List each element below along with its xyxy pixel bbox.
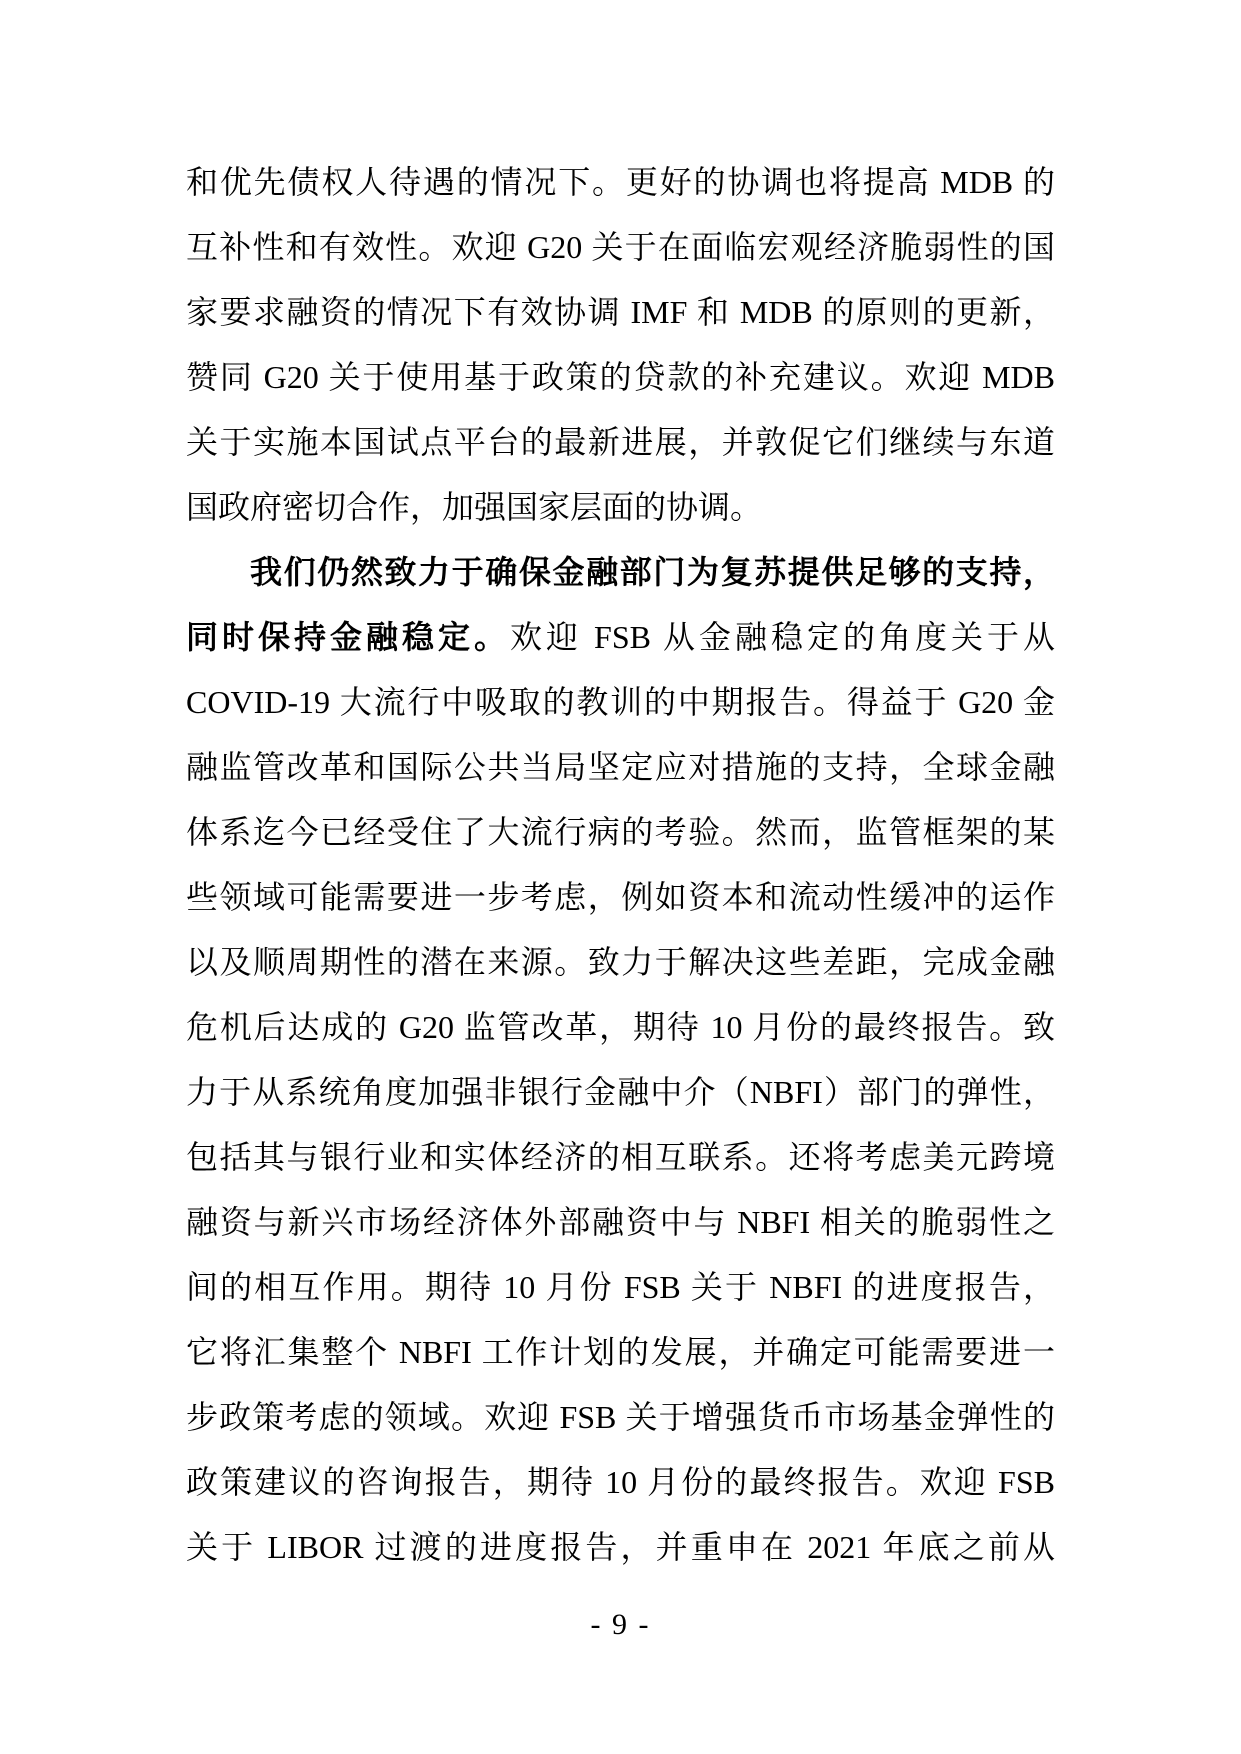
text-line: 以及顺周期性的潜在来源。致力于解决这些差距，完成金融 (186, 930, 1055, 995)
text-segment: 关于 LIBOR 过渡的进度报告，并重申在 2021 年底之前从 (186, 1529, 1055, 1565)
document-page: 和优先债权人待遇的情况下。更好的协调也将提高 MDB 的互补性和有效性。欢迎 G… (0, 0, 1241, 1754)
text-line: 互补性和有效性。欢迎 G20 关于在面临宏观经济脆弱性的国 (186, 215, 1055, 280)
text-segment: 间的相互作用。期待 10 月份 FSB 关于 NBFI 的进度报告， (186, 1269, 1055, 1305)
text-line: 些领域可能需要进一步考虑，例如资本和流动性缓冲的运作 (186, 865, 1055, 930)
text-segment: 关于实施本国试点平台的最新进展，并敦促它们继续与东道 (186, 424, 1055, 460)
paragraph: 和优先债权人待遇的情况下。更好的协调也将提高 MDB 的互补性和有效性。欢迎 G… (186, 150, 1055, 540)
text-line: 关于 LIBOR 过渡的进度报告，并重申在 2021 年底之前从 (186, 1515, 1055, 1580)
text-segment: COVID-19 大流行中吸取的教训的中期报告。得益于 G20 金 (186, 684, 1055, 720)
text-segment: 危机后达成的 G20 监管改革，期待 10 月份的最终报告。致 (186, 1009, 1055, 1045)
text-line: 它将汇集整个 NBFI 工作计划的发展，并确定可能需要进一 (186, 1320, 1055, 1385)
text-line: COVID-19 大流行中吸取的教训的中期报告。得益于 G20 金 (186, 670, 1055, 735)
text-segment: 融监管改革和国际公共当局坚定应对措施的支持，全球金融 (186, 749, 1055, 785)
text-line: 危机后达成的 G20 监管改革，期待 10 月份的最终报告。致 (186, 995, 1055, 1060)
text-line: 体系迄今已经受住了大流行病的考验。然而，监管框架的某 (186, 800, 1055, 865)
text-line: 关于实施本国试点平台的最新进展，并敦促它们继续与东道 (186, 410, 1055, 475)
text-line: 我们仍然致力于确保金融部门为复苏提供足够的支持， (186, 540, 1055, 605)
text-line: 包括其与银行业和实体经济的相互联系。还将考虑美元跨境 (186, 1125, 1055, 1190)
text-segment: 国政府密切合作，加强国家层面的协调。 (186, 489, 762, 525)
text-line: 同时保持金融稳定。欢迎 FSB 从金融稳定的角度关于从 (186, 605, 1055, 670)
text-segment: 互补性和有效性。欢迎 G20 关于在面临宏观经济脆弱性的国 (186, 229, 1055, 265)
bold-text-segment: 我们仍然致力于确保金融部门为复苏提供足够的支持， (250, 554, 1055, 590)
bold-text-segment: 同时保持金融稳定。 (186, 619, 510, 655)
text-line: 家要求融资的情况下有效协调 IMF 和 MDB 的原则的更新， (186, 280, 1055, 345)
text-line: 国政府密切合作，加强国家层面的协调。 (186, 475, 1055, 540)
paragraph: 我们仍然致力于确保金融部门为复苏提供足够的支持，同时保持金融稳定。欢迎 FSB … (186, 540, 1055, 1580)
text-segment: 包括其与银行业和实体经济的相互联系。还将考虑美元跨境 (186, 1139, 1055, 1175)
text-segment: 它将汇集整个 NBFI 工作计划的发展，并确定可能需要进一 (186, 1334, 1055, 1370)
text-line: 融资与新兴市场经济体外部融资中与 NBFI 相关的脆弱性之 (186, 1190, 1055, 1255)
text-line: 融监管改革和国际公共当局坚定应对措施的支持，全球金融 (186, 735, 1055, 800)
text-segment: 融资与新兴市场经济体外部融资中与 NBFI 相关的脆弱性之 (186, 1204, 1055, 1240)
text-segment: 力于从系统角度加强非银行金融中介（NBFI）部门的弹性， (186, 1074, 1055, 1110)
text-line: 步政策考虑的领域。欢迎 FSB 关于增强货币市场基金弹性的 (186, 1385, 1055, 1450)
page-number: - 9 - (0, 1605, 1241, 1645)
text-line: 政策建议的咨询报告，期待 10 月份的最终报告。欢迎 FSB (186, 1450, 1055, 1515)
text-segment: 以及顺周期性的潜在来源。致力于解决这些差距，完成金融 (186, 944, 1055, 980)
text-line: 和优先债权人待遇的情况下。更好的协调也将提高 MDB 的 (186, 150, 1055, 215)
text-segment: 些领域可能需要进一步考虑，例如资本和流动性缓冲的运作 (186, 879, 1055, 915)
text-line: 力于从系统角度加强非银行金融中介（NBFI）部门的弹性， (186, 1060, 1055, 1125)
text-line: 间的相互作用。期待 10 月份 FSB 关于 NBFI 的进度报告， (186, 1255, 1055, 1320)
text-segment: 和优先债权人待遇的情况下。更好的协调也将提高 MDB 的 (186, 164, 1055, 200)
text-segment: 步政策考虑的领域。欢迎 FSB 关于增强货币市场基金弹性的 (186, 1399, 1055, 1435)
text-segment: 体系迄今已经受住了大流行病的考验。然而，监管框架的某 (186, 814, 1055, 850)
text-body: 和优先债权人待遇的情况下。更好的协调也将提高 MDB 的互补性和有效性。欢迎 G… (0, 0, 1241, 1580)
text-segment: 赞同 G20 关于使用基于政策的贷款的补充建议。欢迎 MDB (186, 359, 1055, 395)
text-segment: 家要求融资的情况下有效协调 IMF 和 MDB 的原则的更新， (186, 294, 1055, 330)
text-segment: 政策建议的咨询报告，期待 10 月份的最终报告。欢迎 FSB (186, 1464, 1055, 1500)
text-line: 赞同 G20 关于使用基于政策的贷款的补充建议。欢迎 MDB (186, 345, 1055, 410)
text-segment: 欢迎 FSB 从金融稳定的角度关于从 (510, 619, 1055, 655)
